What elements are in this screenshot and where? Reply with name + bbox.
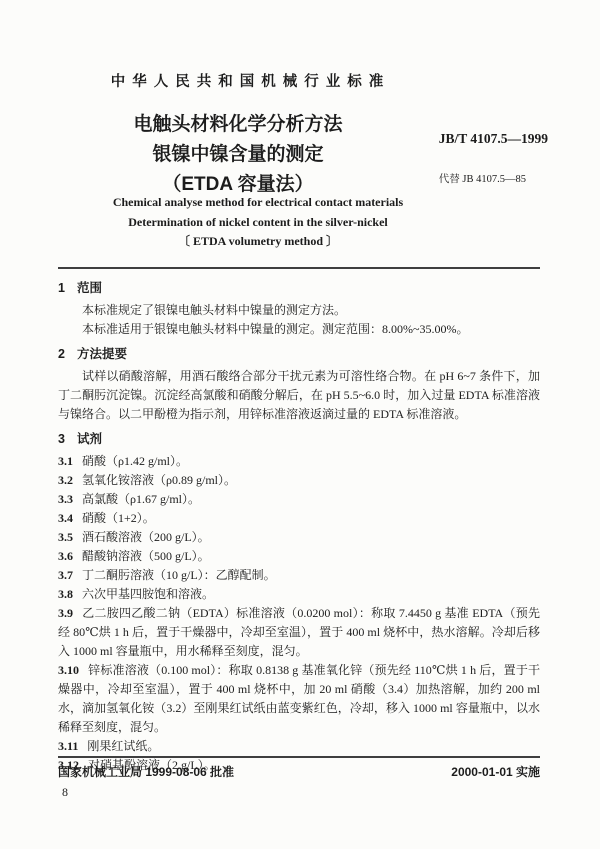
reagent-text: 硝酸（1+2）。: [82, 511, 155, 525]
reagent-item: 3.2氢氧化铵溶液（ρ0.89 g/ml）。: [58, 471, 540, 490]
section-title: 范围: [77, 281, 102, 295]
reagent-text: 硝酸（ρ1.42 g/ml）。: [82, 454, 188, 468]
reagent-item: 3.1硝酸（ρ1.42 g/ml）。: [58, 452, 540, 471]
reagent-item: 3.6醋酸钠溶液（500 g/L）。: [58, 547, 540, 566]
reagent-item: 3.10锌标准溶液（0.100 mol）：称取 0.8138 g 基准氧化锌（预…: [58, 661, 540, 737]
english-title-line-3: 〔 ETDA volumetry method 〕: [58, 232, 458, 252]
section-title: 试剂: [77, 432, 102, 446]
reagent-item: 3.7丁二酮肟溶液（10 g/L）：乙醇配制。: [58, 566, 540, 585]
section-title: 方法提要: [77, 347, 127, 361]
reagent-text: 刚果红试纸。: [87, 739, 159, 753]
summary-paragraph: 试样以硝酸溶解，用酒石酸络合部分干扰元素为可溶性络合物。在 pH 6~7 条件下…: [58, 367, 540, 424]
superseded-standard: 代替 JB 4107.5—85: [439, 171, 548, 186]
scope-paragraph: 本标准规定了银镍电触头材料中镍量的测定方法。: [58, 301, 540, 320]
reagent-number: 3.11: [58, 739, 78, 753]
section-number: 2: [58, 347, 65, 361]
reagent-number: 3.1: [58, 454, 73, 468]
document-body: 1范围 本标准规定了银镍电触头材料中镍量的测定方法。 本标准适用于银镍电触头材料…: [58, 273, 540, 775]
section-heading-summary: 2方法提要: [58, 345, 540, 364]
reagent-number: 3.2: [58, 473, 73, 487]
header-divider: [58, 267, 540, 269]
english-title-line-1: Chemical analyse method for electrical c…: [58, 193, 458, 213]
standard-number: JB/T 4107.5—1999: [439, 131, 548, 147]
title-line-2: 银镍中镍含量的测定: [58, 140, 418, 170]
reagent-text: 乙二胺四乙酸二钠（EDTA）标准溶液（0.0200 mol）：称取 7.4450…: [58, 606, 540, 658]
page-number: 8: [62, 785, 68, 800]
reagent-item: 3.11刚果红试纸。: [58, 737, 540, 756]
reagent-item: 3.4硝酸（1+2）。: [58, 509, 540, 528]
reagent-text: 高氯酸（ρ1.67 g/ml）。: [82, 492, 200, 506]
english-title: Chemical analyse method for electrical c…: [58, 193, 458, 252]
footer-divider: [58, 756, 540, 758]
reagent-text: 六次甲基四胺饱和溶液。: [82, 587, 214, 601]
reagent-number: 3.3: [58, 492, 73, 506]
reagent-number: 3.9: [58, 606, 73, 620]
reagent-number: 3.5: [58, 530, 73, 544]
section-number: 3: [58, 432, 65, 446]
title-line-1: 电触头材料化学分析方法: [58, 110, 418, 140]
standard-number-block: JB/T 4107.5—1999 代替 JB 4107.5—85: [439, 131, 548, 186]
document-title: 电触头材料化学分析方法 银镍中镍含量的测定 （ETDA 容量法）: [58, 110, 418, 200]
reagent-text: 锌标准溶液（0.100 mol）：称取 0.8138 g 基准氧化锌（预先经 1…: [58, 663, 540, 734]
reagent-item: 3.5酒石酸溶液（200 g/L）。: [58, 528, 540, 547]
english-title-line-2: Determination of nickel content in the s…: [58, 213, 458, 233]
section-heading-reagents: 3试剂: [58, 430, 540, 449]
reagent-text: 丁二酮肟溶液（10 g/L）：乙醇配制。: [82, 568, 276, 582]
reagent-number: 3.8: [58, 587, 73, 601]
approval-text: 国家机械工业局 1999-08-06 批准: [58, 763, 234, 780]
implementation-text: 2000-01-01 实施: [451, 763, 540, 780]
issuing-body-line: 中华人民共和国机械行业标准: [58, 70, 443, 91]
reagent-item: 3.3高氯酸（ρ1.67 g/ml）。: [58, 490, 540, 509]
reagent-text: 氢氧化铵溶液（ρ0.89 g/ml）。: [82, 473, 236, 487]
scope-paragraph: 本标准适用于银镍电触头材料中镍量的测定。测定范围：8.00%~35.00%。: [58, 320, 540, 339]
reagent-item: 3.8六次甲基四胺饱和溶液。: [58, 585, 540, 604]
reagent-number: 3.6: [58, 549, 73, 563]
reagent-text: 醋酸钠溶液（500 g/L）。: [82, 549, 210, 563]
reagent-item: 3.9乙二胺四乙酸二钠（EDTA）标准溶液（0.0200 mol）：称取 7.4…: [58, 604, 540, 661]
reagent-text: 酒石酸溶液（200 g/L）。: [82, 530, 210, 544]
standard-document-page: 中华人民共和国机械行业标准 电触头材料化学分析方法 银镍中镍含量的测定 （ETD…: [0, 0, 600, 849]
reagent-number: 3.7: [58, 568, 73, 582]
footer: 国家机械工业局 1999-08-06 批准 2000-01-01 实施: [58, 763, 540, 780]
section-number: 1: [58, 281, 65, 295]
reagent-number: 3.10: [58, 663, 79, 677]
reagent-number: 3.4: [58, 511, 73, 525]
section-heading-scope: 1范围: [58, 279, 540, 298]
